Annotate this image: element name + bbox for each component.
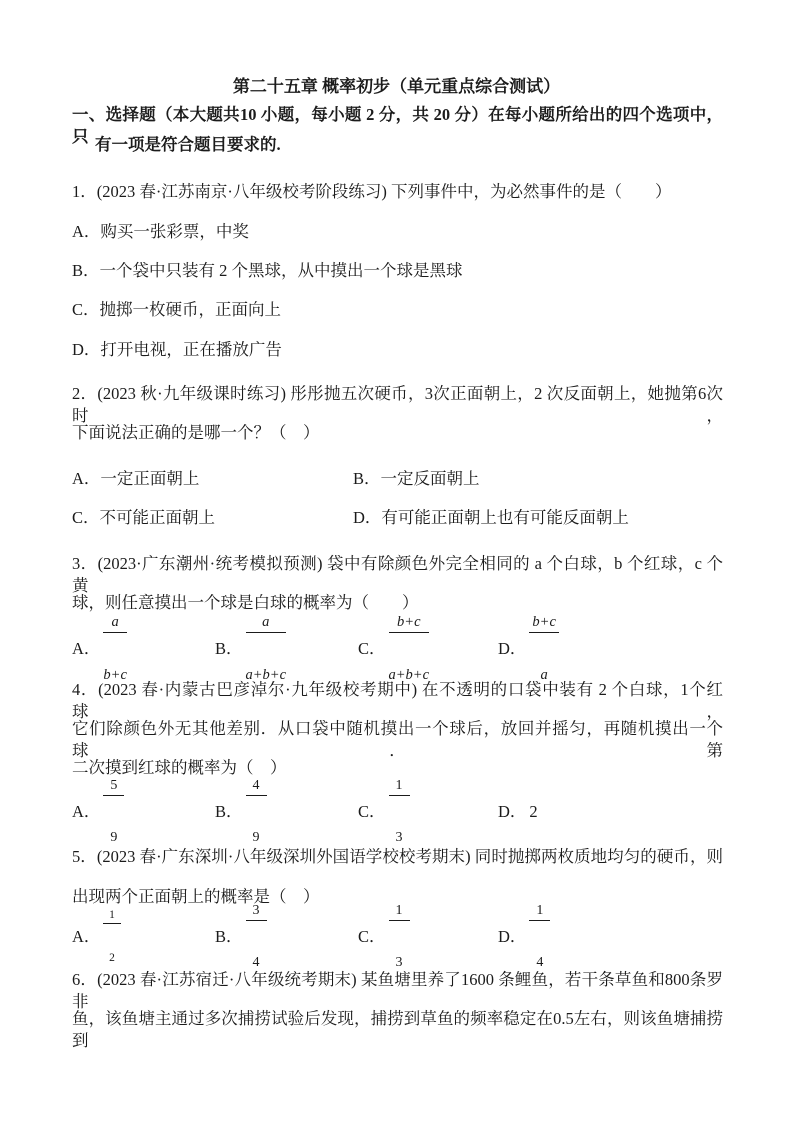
fraction-numerator: b+c	[389, 614, 430, 633]
q1-option-d: D．打开电视，正在播放广告	[72, 339, 282, 361]
fraction-denominator: 2	[103, 951, 120, 965]
q2-option-a: A．一定正面朝上	[72, 468, 199, 490]
option-value: 2	[529, 801, 537, 823]
q3-option-d: D． b+c a	[498, 627, 559, 671]
fraction-numerator: 1	[529, 903, 550, 921]
q3-option-a: A． a b+c	[72, 627, 127, 671]
exam-title: 第二十五章 概率初步（单元重点综合测试）	[0, 76, 793, 98]
q4-option-b: B． 4 9	[215, 790, 267, 834]
fraction-numerator: 3	[246, 903, 267, 921]
fraction-numerator: a	[103, 614, 126, 633]
fraction-numerator: 5	[103, 778, 124, 796]
fraction-numerator: 1	[103, 909, 120, 924]
fraction-numerator: b+c	[529, 614, 558, 633]
q6-stem-line1: 6．(2023 春·江苏宿迁·八年级统考期末) 某鱼塘里养了1600 条鲤鱼，若…	[72, 969, 723, 1013]
fraction-numerator: a	[246, 614, 287, 633]
option-label: D．	[498, 801, 526, 823]
option-label: C．	[358, 926, 386, 948]
q6-stem-line2: 鱼，该鱼塘主通过多次捕捞试验后发现，捕捞到草鱼的频率稳定在0.5左右，则该鱼塘捕…	[72, 1008, 723, 1052]
q3-option-c: C． b+c a+b+c	[358, 627, 429, 671]
option-label: B．	[215, 638, 243, 660]
q5-option-c: C． 1 3	[358, 915, 410, 959]
q2-stem-line2: 下面说法正确的是哪一个？（ ）	[72, 422, 320, 444]
q1-stem: 1．(2023 春·江苏南京·八年级校考阶段练习) 下列事件中，为必然事件的是（…	[72, 181, 671, 203]
q5-option-d: D． 1 4	[498, 915, 550, 959]
section-instructions-line2: 有一项是符合题目要求的.	[95, 134, 281, 156]
q3-option-b: B． a a+b+c	[215, 627, 286, 671]
q5-option-b: B． 3 4	[215, 915, 267, 959]
fraction-numerator: 1	[389, 903, 410, 921]
q5-stem-line1: 5．(2023 春·广东深圳·八年级深圳外国语学校校考期末) 同时抛掷两枚质地均…	[72, 846, 723, 868]
q4-option-d: D． 2	[498, 790, 538, 834]
q1-option-b: B．一个袋中只装有 2 个黑球，从中摸出一个球是黑球	[72, 260, 463, 282]
q4-option-a: A． 5 9	[72, 790, 124, 834]
fraction-denominator: 9	[103, 829, 124, 846]
q5-option-a: A． 1 2	[72, 915, 121, 959]
option-label: A．	[72, 638, 100, 660]
q2-stem-line1: 2．(2023 秋·九年级课时练习) 彤彤抛五次硬币，3次正面朝上，2 次反面朝…	[72, 383, 723, 427]
option-label: A．	[72, 926, 100, 948]
option-label: C．	[358, 801, 386, 823]
fraction-numerator: 4	[246, 778, 267, 796]
q1-option-c: C．抛掷一枚硬币，正面向上	[72, 299, 281, 321]
document-page: 第二十五章 概率初步（单元重点综合测试） 一、选择题（本大题共10 小题，每小题…	[0, 0, 793, 1122]
option-label: C．	[358, 638, 386, 660]
option-label: B．	[215, 801, 243, 823]
option-label: D．	[498, 638, 526, 660]
q2-option-b: B．一定反面朝上	[353, 468, 480, 490]
q2-option-d: D．有可能正面朝上也有可能反面朝上	[353, 507, 629, 529]
q4-option-c: C． 1 3	[358, 790, 410, 834]
option-label: D．	[498, 926, 526, 948]
fraction-denominator: 9	[246, 829, 267, 846]
fraction-denominator: 3	[389, 829, 410, 846]
q2-option-c: C．不可能正面朝上	[72, 507, 215, 529]
option-label: A．	[72, 801, 100, 823]
q4-stem-line1: 4．(2023 春·内蒙古巴彦淖尔·九年级校考期中) 在不透明的口袋中装有 2 …	[72, 679, 723, 723]
q1-option-a: A．购买一张彩票，中奖	[72, 221, 249, 243]
option-label: B．	[215, 926, 243, 948]
fraction-numerator: 1	[389, 778, 410, 796]
